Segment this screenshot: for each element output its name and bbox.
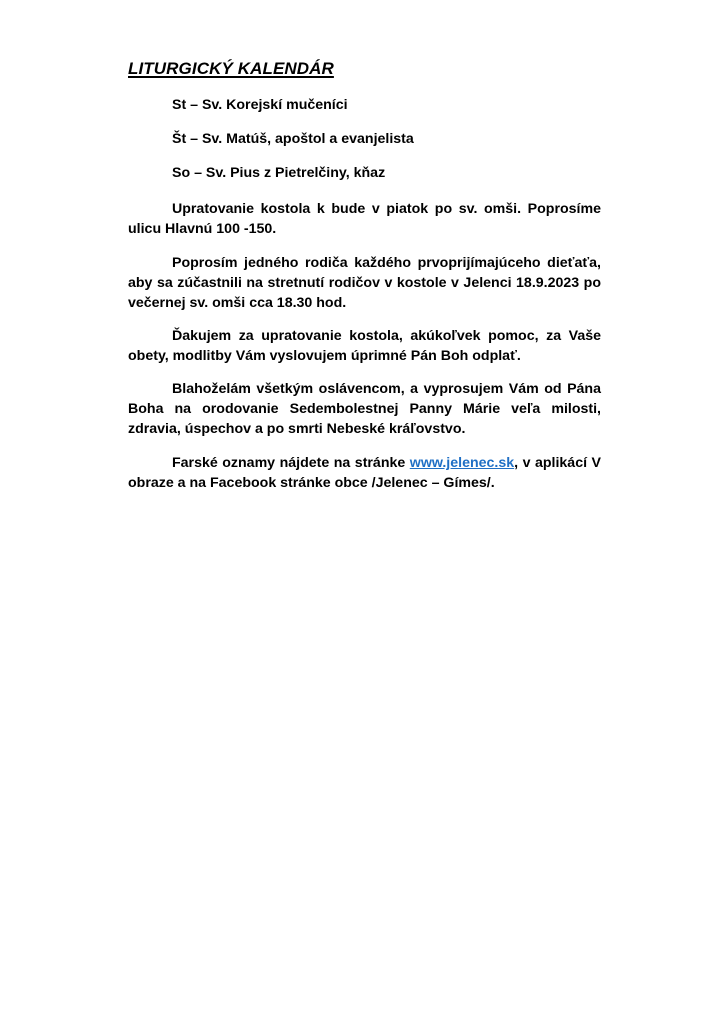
calendar-item-thursday: Št – Sv. Matúš, apoštol a evanjelista bbox=[172, 131, 414, 147]
paragraph-announcements: Farské oznamy nájdete na stránke www.jel… bbox=[128, 453, 601, 493]
paragraph-thanks: Ďakujem za upratovanie kostola, akúkoľve… bbox=[128, 326, 601, 366]
page-title: LITURGICKÝ KALENDÁR bbox=[128, 59, 334, 79]
document-page: LITURGICKÝ KALENDÁR St – Sv. Korejskí mu… bbox=[0, 0, 724, 1024]
announcements-text-before: Farské oznamy nájdete na stránke bbox=[172, 455, 410, 471]
calendar-item-wednesday: St – Sv. Korejskí mučeníci bbox=[172, 97, 348, 113]
paragraph-congratulations: Blahoželám všetkým oslávencom, a vyprosu… bbox=[128, 379, 601, 439]
paragraph-cleaning: Upratovanie kostola k bude v piatok po s… bbox=[128, 199, 601, 239]
website-link[interactable]: www.jelenec.sk bbox=[410, 455, 514, 471]
paragraph-parents-meeting: Poprosím jedného rodiča každého prvoprij… bbox=[128, 253, 601, 313]
calendar-item-saturday: So – Sv. Pius z Pietrelčiny, kňaz bbox=[172, 165, 385, 181]
